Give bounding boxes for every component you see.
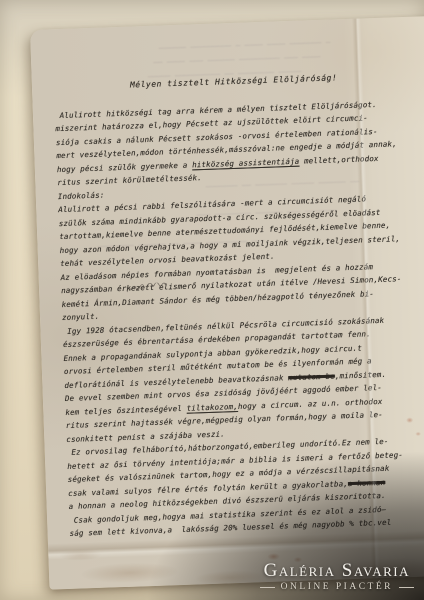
ghost-line: –––– ––– ––––––––– –––––– ––– –––– –– [153, 52, 320, 68]
document-paper: – ––––––– –––– –––– – ––––––––– ––––––––… [30, 16, 424, 590]
ghost-line: – ––––––– –––– –––– – ––––––––– –––––– [159, 38, 331, 54]
struck-out-text: a honnan [348, 477, 386, 487]
handwritten-note [125, 282, 173, 295]
underlined-text: tiltakozom, [186, 401, 238, 412]
gallery-watermark: Galéria Savaria ONLINE PIACTÉR [260, 560, 414, 592]
underlined-text: hitközség assistentiája [192, 156, 300, 169]
document-body: Alulirott hitközségi tag arra kérem a mé… [55, 96, 424, 540]
watermark-title: Galéria Savaria [260, 560, 414, 581]
photo-of-document: – ––––––– –––– –––– – ––––––––– ––––––––… [0, 0, 424, 600]
struck-out-text: mutatom be [288, 371, 335, 382]
watermark-subtitle: ONLINE PIACTÉR [260, 582, 414, 592]
typewritten-text: Mélyen tisztelt Hitközségi Elöljáróság! … [54, 69, 424, 541]
